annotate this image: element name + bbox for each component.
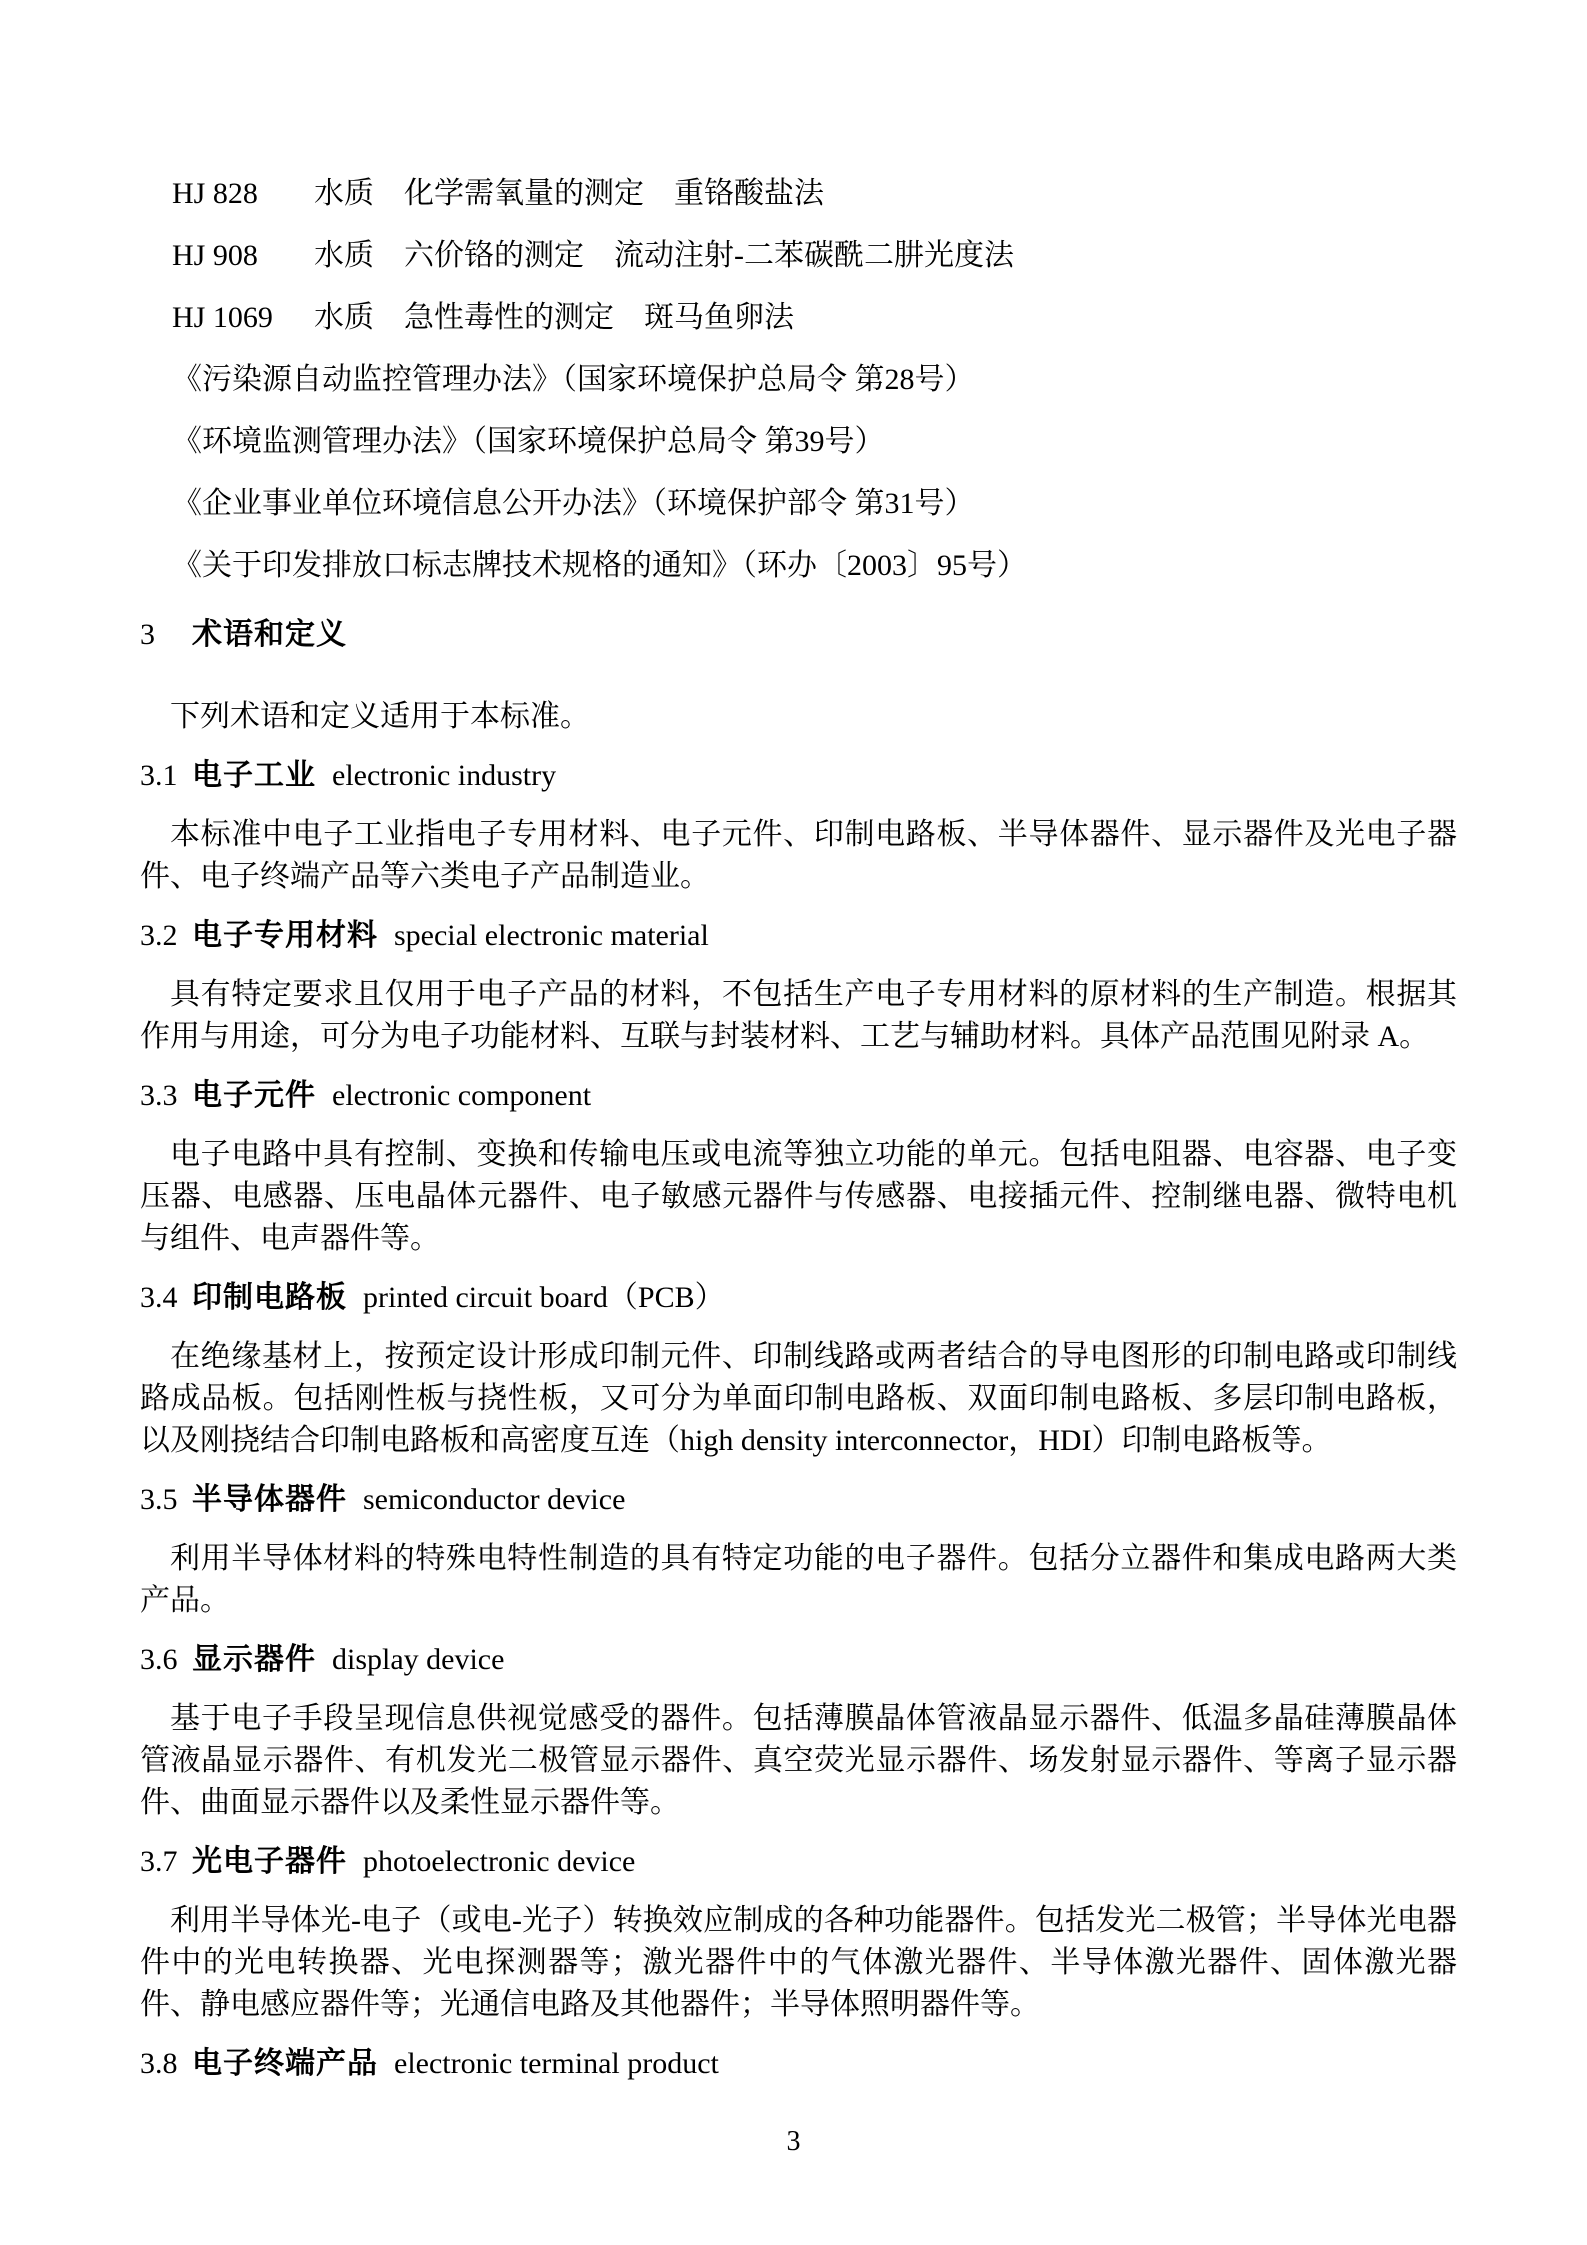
- section-heading: 3术语和定义: [140, 618, 1457, 652]
- term-number: 3.4: [140, 1282, 192, 1314]
- reference-title: 水质 急性毒性的测定 斑马鱼卵法: [314, 301, 794, 334]
- term-number: 3.8: [140, 2048, 192, 2080]
- term-definition: 基于电子手段呈现信息供视觉感受的器件。包括薄膜晶体管液晶显示器件、低温多晶硅薄膜…: [140, 1698, 1457, 1824]
- reference-title: 水质 六价铬的测定 流动注射-二苯碳酰二肼光度法: [314, 239, 1014, 272]
- term-name-zh: 电子工业: [192, 759, 316, 792]
- cited-document: 《污染源自动监控管理办法》（国家环境保护总局令 第28号）: [140, 364, 1457, 396]
- term-name-en: printed circuit board（PCB）: [363, 1281, 725, 1314]
- cited-document: 《关于印发排放口标志牌技术规格的通知》（环办〔2003〕95号）: [140, 550, 1457, 582]
- reference-code: HJ 908: [172, 240, 314, 272]
- term-heading: 3.3电子元件electronic component: [140, 1080, 1457, 1112]
- term-name-en: semiconductor device: [363, 1483, 625, 1516]
- term-definition: 在绝缘基材上，按预定设计形成印制元件、印制线路或两者结合的导电图形的印制电路或印…: [140, 1336, 1457, 1462]
- term-heading: 3.5半导体器件semiconductor device: [140, 1484, 1457, 1516]
- reference-item: HJ 908水质 六价铬的测定 流动注射-二苯碳酰二肼光度法: [140, 240, 1457, 272]
- term-definition: 利用半导体材料的特殊电特性制造的具有特定功能的电子器件。包括分立器件和集成电路两…: [140, 1538, 1457, 1622]
- term-definition: 本标准中电子工业指电子专用材料、电子元件、印制电路板、半导体器件、显示器件及光电…: [140, 814, 1457, 898]
- term-heading: 3.7光电子器件photoelectronic device: [140, 1846, 1457, 1878]
- term-definition: 电子电路中具有控制、变换和传输电压或电流等独立功能的单元。包括电阻器、电容器、电…: [140, 1134, 1457, 1260]
- term-name-en: special electronic material: [394, 919, 709, 952]
- cited-document: 《环境监测管理办法》（国家环境保护总局令 第39号）: [140, 426, 1457, 458]
- reference-code: HJ 828: [172, 178, 314, 210]
- reference-item: HJ 1069水质 急性毒性的测定 斑马鱼卵法: [140, 302, 1457, 334]
- term-number: 3.5: [140, 1484, 192, 1516]
- reference-item: HJ 828水质 化学需氧量的测定 重铬酸盐法: [140, 178, 1457, 210]
- section-title: 术语和定义: [192, 618, 347, 651]
- page-number: 3: [0, 2125, 1587, 2159]
- term-number: 3.7: [140, 1846, 192, 1878]
- term-number: 3.6: [140, 1644, 192, 1676]
- reference-title: 水质 化学需氧量的测定 重铬酸盐法: [314, 177, 824, 210]
- term-name-zh: 电子元件: [192, 1079, 316, 1112]
- term-heading: 3.2电子专用材料special electronic material: [140, 920, 1457, 952]
- term-number: 3.2: [140, 920, 192, 952]
- term-definition: 具有特定要求且仅用于电子产品的材料，不包括生产电子专用材料的原材料的生产制造。根…: [140, 974, 1457, 1058]
- section-number: 3: [140, 618, 192, 652]
- term-definition: 利用半导体光-电子（或电-光子）转换效应制成的各种功能器件。包括发光二极管；半导…: [140, 1900, 1457, 2026]
- term-name-en: electronic component: [332, 1079, 591, 1112]
- term-name-zh: 电子专用材料: [192, 919, 378, 952]
- term-heading: 3.4印制电路板printed circuit board（PCB）: [140, 1282, 1457, 1314]
- term-name-en: electronic industry: [332, 759, 556, 792]
- cited-document: 《企业事业单位环境信息公开办法》（环境保护部令 第31号）: [140, 488, 1457, 520]
- section-intro: 下列术语和定义适用于本标准。: [140, 696, 1457, 738]
- term-name-en: electronic terminal product: [394, 2047, 719, 2080]
- term-heading: 3.8电子终端产品electronic terminal product: [140, 2048, 1457, 2080]
- term-heading: 3.1电子工业electronic industry: [140, 760, 1457, 792]
- term-name-zh: 电子终端产品: [192, 2047, 378, 2080]
- term-name-en: display device: [332, 1643, 504, 1676]
- term-number: 3.3: [140, 1080, 192, 1112]
- reference-code: HJ 1069: [172, 302, 314, 334]
- term-name-zh: 显示器件: [192, 1643, 316, 1676]
- term-name-zh: 半导体器件: [192, 1483, 347, 1516]
- term-name-zh: 光电子器件: [192, 1845, 347, 1878]
- term-heading: 3.6显示器件display device: [140, 1644, 1457, 1676]
- document-page: HJ 828水质 化学需氧量的测定 重铬酸盐法 HJ 908水质 六价铬的测定 …: [0, 0, 1587, 2245]
- normative-references: HJ 828水质 化学需氧量的测定 重铬酸盐法 HJ 908水质 六价铬的测定 …: [140, 178, 1457, 582]
- term-number: 3.1: [140, 760, 192, 792]
- term-name-zh: 印制电路板: [192, 1281, 347, 1314]
- term-name-en: photoelectronic device: [363, 1845, 635, 1878]
